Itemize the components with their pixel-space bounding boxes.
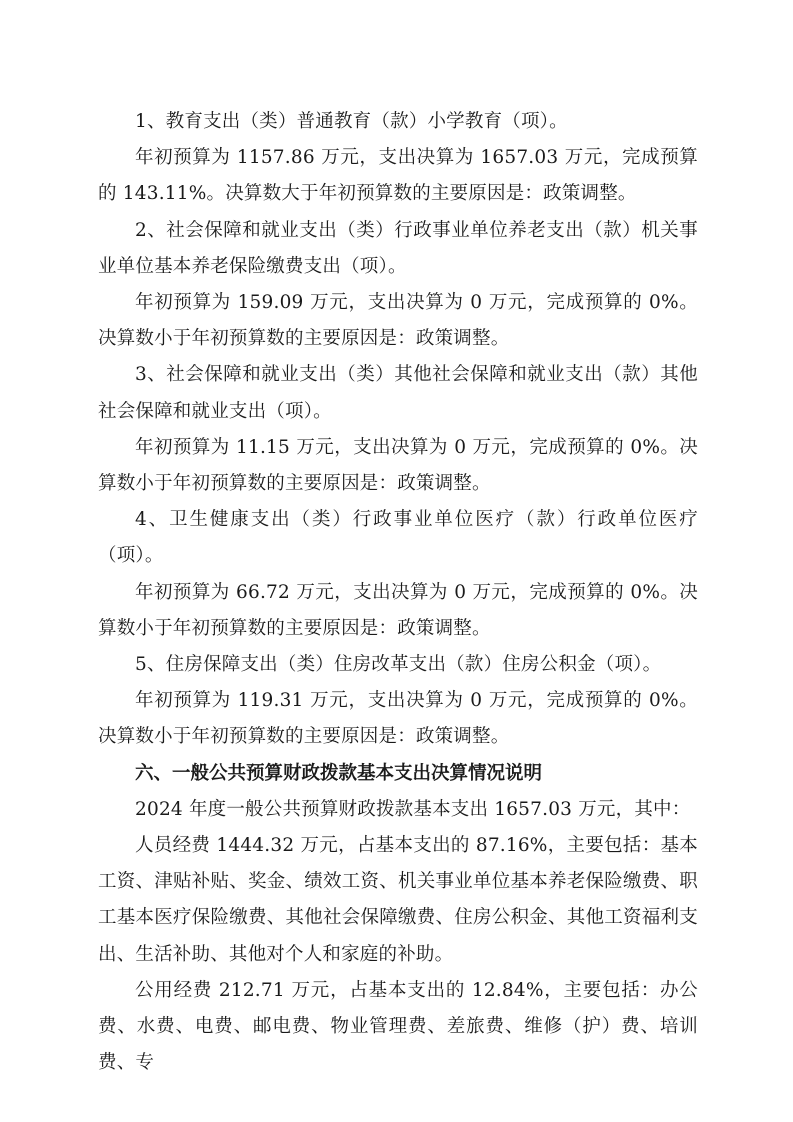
item-5-detail: 年初预算为 119.31 万元，支出决算为 0 万元，完成预算的 0%。决算数小…	[98, 683, 698, 755]
personnel-expenses-paragraph: 人员经费 1444.32 万元，占基本支出的 87.16%，主要包括：基本工资、…	[98, 828, 698, 973]
item-4-detail: 年初预算为 66.72 万元，支出决算为 0 万元，完成预算的 0%。决算数小于…	[98, 575, 698, 647]
item-3-detail: 年初预算为 11.15 万元，支出决算为 0 万元，完成预算的 0%。决算数小于…	[98, 430, 698, 502]
item-1-title: 1、教育支出（类）普通教育（款）小学教育（项）。	[98, 104, 698, 140]
item-4-title: 4、卫生健康支出（类）行政事业单位医疗（款）行政单位医疗（项）。	[98, 502, 698, 574]
section-heading: 六、一般公共预算财政拨款基本支出决算情况说明	[98, 756, 698, 792]
item-3-title: 3、社会保障和就业支出（类）其他社会保障和就业支出（款）其他社会保障和就业支出（…	[98, 357, 698, 429]
item-2-title: 2、社会保障和就业支出（类）行政事业单位养老支出（款）机关事业单位基本养老保险缴…	[98, 213, 698, 285]
document-page: 1、教育支出（类）普通教育（款）小学教育（项）。 年初预算为 1157.86 万…	[98, 104, 698, 1081]
item-2-detail: 年初预算为 159.09 万元，支出决算为 0 万元，完成预算的 0%。决算数小…	[98, 285, 698, 357]
basic-expenditure-summary: 2024 年度一般公共预算财政拨款基本支出 1657.03 万元，其中：	[98, 792, 698, 828]
item-5-title: 5、住房保障支出（类）住房改革支出（款）住房公积金（项）。	[98, 647, 698, 683]
public-expenses-paragraph: 公用经费 212.71 万元，占基本支出的 12.84%，主要包括：办公费、水费…	[98, 973, 698, 1082]
item-1-detail: 年初预算为 1157.86 万元，支出决算为 1657.03 万元，完成预算的 …	[98, 140, 698, 212]
